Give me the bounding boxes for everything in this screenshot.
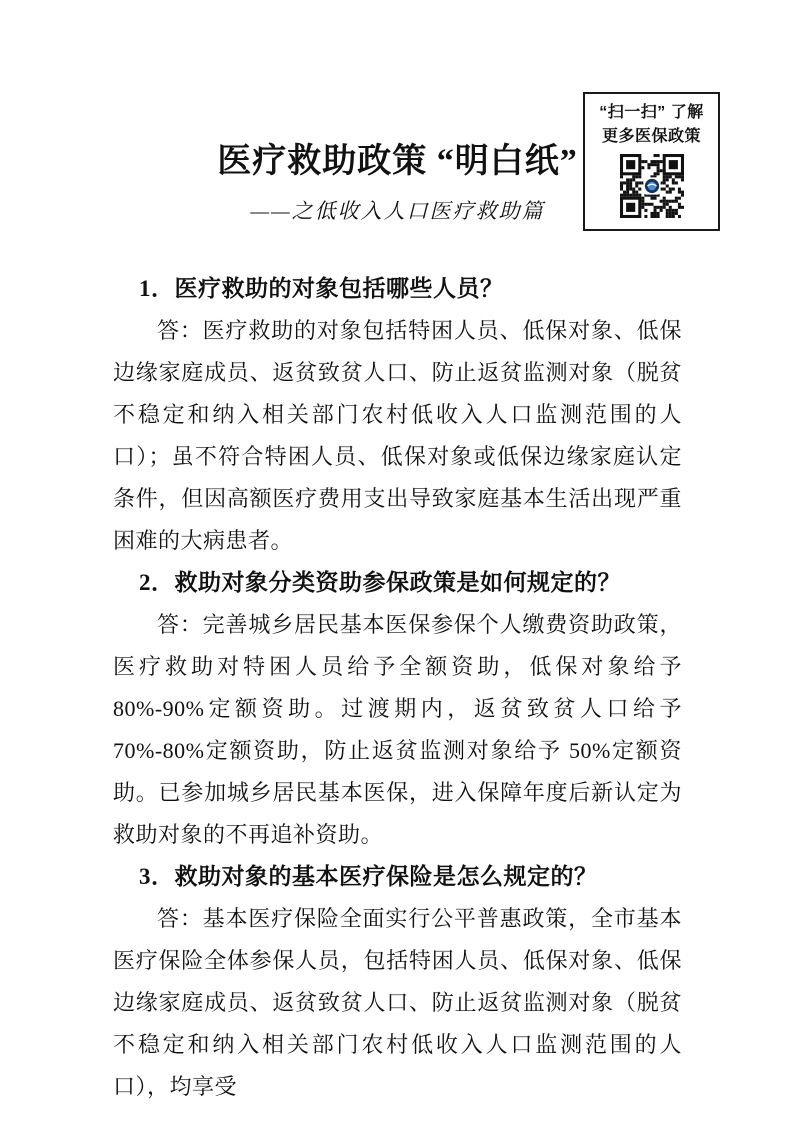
question-heading: 1．医疗救助的对象包括哪些人员？ — [113, 268, 682, 310]
answer-paragraph: 答：基本医疗保险全面实行公平普惠政策，全市基本医疗保险全体参保人员，包括特困人员… — [113, 898, 682, 1108]
document-subtitle: ——之低收入人口医疗救助篇 — [113, 196, 682, 226]
answer-paragraph: 答：医疗救助的对象包括特困人员、低保对象、低保边缘家庭成员、返贫致贫人口、防止返… — [113, 310, 682, 562]
question-heading: 3．救助对象的基本医疗保险是怎么规定的？ — [113, 856, 682, 898]
qa-section-2: 2．救助对象分类资助参保政策是如何规定的？ 答：完善城乡居民基本医保参保个人缴费… — [113, 562, 682, 856]
document-title: 医疗救助政策 “明白纸” — [113, 140, 682, 184]
document-page: “扫一扫” 了解 更多医保政策 — [0, 0, 793, 1122]
answer-paragraph: 答：完善城乡居民基本医保参保个人缴费资助政策，医疗救助对特困人员给予全额资助，低… — [113, 604, 682, 856]
qa-section-1: 1．医疗救助的对象包括哪些人员？ 答：医疗救助的对象包括特困人员、低保对象、低保… — [113, 268, 682, 562]
question-heading: 2．救助对象分类资助参保政策是如何规定的？ — [113, 562, 682, 604]
qa-sections: 1．医疗救助的对象包括哪些人员？ 答：医疗救助的对象包括特困人员、低保对象、低保… — [113, 268, 682, 1108]
document-content: 医疗救助政策 “明白纸” ——之低收入人口医疗救助篇 1．医疗救助的对象包括哪些… — [113, 0, 682, 1108]
qa-section-3: 3．救助对象的基本医疗保险是怎么规定的？ 答：基本医疗保险全面实行公平普惠政策，… — [113, 856, 682, 1108]
